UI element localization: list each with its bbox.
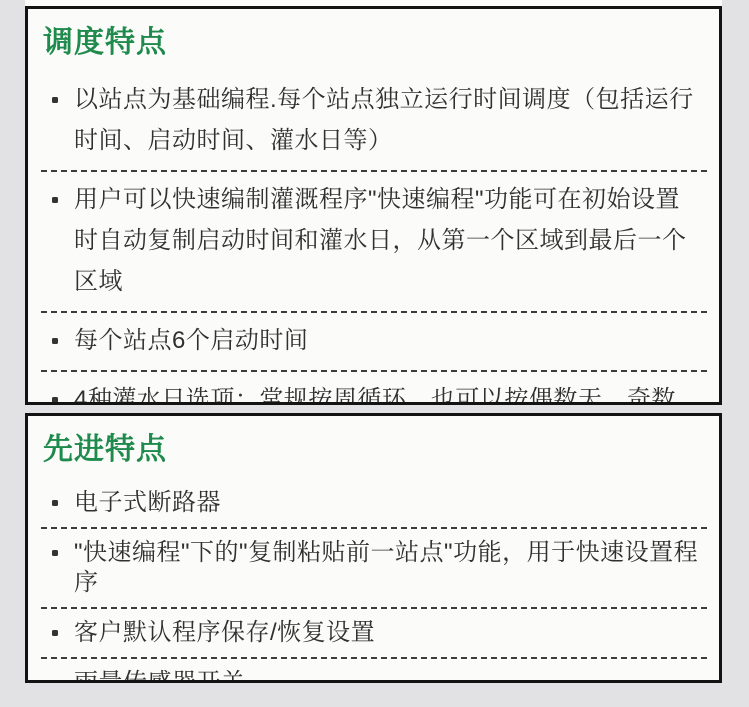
list-item-text: 4种灌水日选项：常规按周循环，也可以按偶数天、奇数天、指定天数循环(1-14天): [74, 386, 676, 405]
bullet-icon: [52, 97, 58, 103]
list-item-text: 以站点为基础编程.每个站点独立运行时间调度（包括运行时间、启动时间、灌水日等）: [74, 86, 694, 154]
bullet-icon: [52, 680, 58, 683]
list-item-text: 客户默认程序保存/恢复设置: [74, 619, 375, 646]
list-item: 4种灌水日选项：常规按周循环，也可以按偶数天、奇数天、指定天数循环(1-14天): [41, 372, 707, 405]
list-item: 每个站点6个启动时间: [41, 313, 707, 372]
scheduling-features-list: 以站点为基础编程.每个站点独立运行时间调度（包括运行时间、启动时间、灌水日等） …: [41, 72, 707, 405]
bullet-icon: [52, 197, 58, 203]
list-item-text: 每个站点6个启动时间: [74, 327, 308, 354]
advanced-features-title: 先进特点: [43, 433, 705, 467]
advanced-features-list: 电子式断路器 "快速编程"下的"复制粘贴前一站点"功能，用于快速设置程序 客户默…: [41, 479, 707, 683]
list-item-text: 用户可以快速编制灌溉程序"快速编程"功能可在初始设置时自动复制启动时间和灌水日，…: [74, 186, 687, 295]
bullet-icon: [52, 550, 58, 556]
list-item-text: "快速编程"下的"复制粘贴前一站点"功能，用于快速设置程序: [74, 539, 698, 596]
bullet-icon: [52, 500, 58, 506]
list-item: 用户可以快速编制灌溉程序"快速编程"功能可在初始设置时自动复制启动时间和灌水日，…: [41, 172, 707, 313]
bullet-icon: [52, 338, 58, 344]
scheduling-features-panel: 调度特点 以站点为基础编程.每个站点独立运行时间调度（包括运行时间、启动时间、灌…: [25, 6, 722, 405]
list-item-text: 电子式断路器: [74, 489, 221, 516]
bullet-icon: [52, 630, 58, 636]
list-item: "快速编程"下的"复制粘贴前一站点"功能，用于快速设置程序: [41, 529, 707, 609]
list-item-text: 雨量传感器开关: [74, 669, 246, 683]
list-item: 电子式断路器: [41, 479, 707, 529]
list-item: 客户默认程序保存/恢复设置: [41, 609, 707, 659]
advanced-features-panel: 先进特点 电子式断路器 "快速编程"下的"复制粘贴前一站点"功能，用于快速设置程…: [25, 413, 722, 683]
list-item: 雨量传感器开关: [41, 659, 707, 683]
scheduling-features-title: 调度特点: [43, 26, 705, 60]
page: 调度特点 以站点为基础编程.每个站点独立运行时间调度（包括运行时间、启动时间、灌…: [0, 0, 749, 707]
list-item: 以站点为基础编程.每个站点独立运行时间调度（包括运行时间、启动时间、灌水日等）: [41, 72, 707, 172]
bullet-icon: [52, 397, 58, 403]
